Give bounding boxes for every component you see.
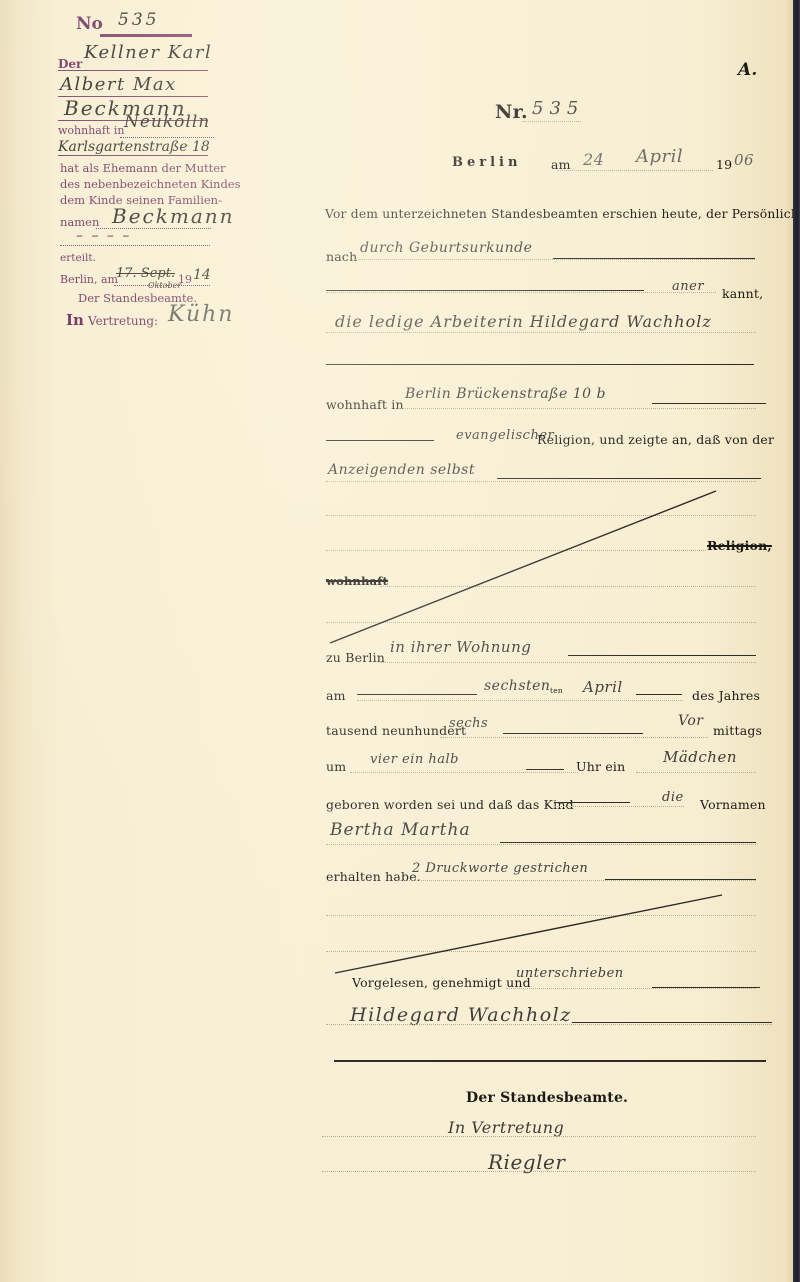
date-year-suffix: 06 <box>734 151 754 169</box>
form-line <box>326 292 716 293</box>
fill-line <box>636 694 682 695</box>
vornamen-label: Vornamen <box>700 797 766 812</box>
form-line <box>326 915 756 916</box>
margin-der-label: Der <box>58 57 82 71</box>
erhalten-label: erhalten habe. <box>326 869 421 884</box>
margin-name-line1: Kellner Karl <box>84 42 212 63</box>
margin-number-underline <box>100 34 192 37</box>
form-line <box>380 662 756 663</box>
margin-date-prefix: Berlin, am <box>60 273 118 286</box>
city-label: Berlin <box>452 155 521 170</box>
form-line <box>326 332 756 333</box>
informant-address: Berlin Brückenstraße 10 b <box>405 386 606 402</box>
margin-date-value: 17. Sept. <box>116 266 175 281</box>
cancel-stroke-1 <box>330 491 716 643</box>
uhr-ein-label: Uhr ein <box>576 759 625 774</box>
ten-label: ten <box>550 686 563 695</box>
fill-line <box>326 364 754 365</box>
form-line <box>355 259 755 260</box>
tausend-label: tausend neunhundert <box>326 723 466 738</box>
vor-hand: Vor <box>678 713 703 729</box>
wohnhaft-struck: wohnhaft <box>326 574 388 588</box>
form-letter: A. <box>738 60 758 80</box>
margin-line <box>58 155 208 156</box>
fill-line <box>326 440 434 441</box>
date-day: 24 <box>583 150 604 169</box>
margin-line <box>58 70 208 71</box>
form-line <box>326 515 756 516</box>
nr-underline <box>523 121 581 122</box>
margin-family-name: Beckmann <box>112 204 235 228</box>
form-line <box>326 951 756 952</box>
child-article-hand: die <box>662 790 684 805</box>
margin-erteilt-label: erteilt. <box>60 252 96 264</box>
margin-residence-street: Karlsgartenstraße 18 <box>58 139 210 155</box>
vorgelesen-label: Vorgelesen, genehmigt und <box>352 975 531 990</box>
intro-line: Vor dem unterzeichneten Standesbeamten e… <box>325 207 800 221</box>
am-label: am <box>326 688 346 703</box>
margin-year-value: 14 <box>193 267 211 283</box>
birth-month-hand: April <box>583 678 623 696</box>
child-names: Bertha Martha <box>330 820 471 840</box>
kannt-label: kannt, <box>722 286 763 301</box>
nr-value: 535 <box>532 98 584 119</box>
signed-hand: unterschrieben <box>516 966 624 981</box>
fill-line <box>526 769 564 770</box>
fill-line <box>497 478 761 479</box>
book-binding-edge <box>793 0 800 1282</box>
form-line <box>357 700 683 701</box>
identity-basis: durch Geburtsurkunde <box>360 240 532 256</box>
margin-wohnhaft-label: wohnhaft in <box>58 124 124 137</box>
margin-name-line2: Albert Max <box>60 74 177 95</box>
margin-line <box>60 245 210 246</box>
form-line <box>326 481 756 482</box>
religion-text: Religion, und zeigte an, daß von der <box>537 432 774 447</box>
margin-line <box>114 285 210 286</box>
fill-line <box>326 290 644 291</box>
form-line <box>398 408 756 409</box>
form-line <box>350 772 578 773</box>
closing-line <box>334 1060 766 1062</box>
zu-berlin-label: zu Berlin <box>326 650 385 665</box>
form-line <box>398 880 756 881</box>
form-line <box>380 586 756 587</box>
child-sex-hand: Mädchen <box>663 748 737 766</box>
fill-line <box>554 802 630 803</box>
official-title: Der Standesbeamte. <box>466 1090 628 1106</box>
des-jahres-label: des Jahres <box>692 688 760 703</box>
date-underline <box>558 170 713 171</box>
cancel-stroke-2 <box>335 895 722 973</box>
form-line <box>322 1136 756 1137</box>
fill-line <box>572 1022 772 1023</box>
date-year-prefix: 19 <box>716 157 732 172</box>
informant-signature: Hildegard Wachholz <box>350 1004 572 1026</box>
fill-line <box>357 694 477 695</box>
informant-name: die ledige Arbeiterin Hildegard Wachholz <box>335 312 712 331</box>
fill-line <box>568 655 756 656</box>
birth-time-hand: vier ein halb <box>370 752 459 767</box>
margin-deputy-signature: Kühn <box>168 302 234 327</box>
margin-deputy-label: Vertretung: <box>88 314 158 328</box>
form-line <box>506 988 756 989</box>
birth-day-hand: sechsten <box>484 678 550 694</box>
fill-line <box>605 879 756 880</box>
mittags-label: mittags <box>713 723 762 738</box>
margin-ditto-marks: – – – – <box>76 228 131 244</box>
nr-label: Nr. <box>495 101 528 123</box>
form-line <box>636 772 756 773</box>
geboren-text: geboren worden sei und daß das Kind <box>326 797 574 812</box>
form-line <box>554 806 684 807</box>
margin-text-line1: hat als Ehemann der Mutter <box>60 161 226 175</box>
margin-text-line2: des nebenbezeichneten Kindes <box>60 177 241 191</box>
fill-line <box>652 403 766 404</box>
um-label: um <box>326 759 346 774</box>
form-line <box>326 1024 772 1025</box>
aner-hand: aner <box>672 279 704 294</box>
form-line <box>322 1171 756 1172</box>
fill-line <box>553 258 755 259</box>
margin-deputy-initial: In <box>66 311 84 329</box>
form-line <box>440 737 708 738</box>
register-page: No 535 Der Kellner Karl Albert Max Beckm… <box>0 0 793 1282</box>
date-month: April <box>636 146 683 167</box>
correction-note: 2 Druckworte gestrichen <box>412 861 588 876</box>
form-line <box>326 550 706 551</box>
form-line <box>326 622 756 623</box>
margin-line <box>120 137 214 138</box>
fill-line <box>652 987 760 988</box>
nach-label: nach <box>326 249 357 264</box>
official-deputy-hand: In Vertretung <box>448 1118 564 1137</box>
margin-number-label: No <box>76 14 103 34</box>
religion-struck: Religion, <box>707 538 772 553</box>
birth-year-hand: sechs <box>449 716 488 731</box>
fill-line <box>503 733 643 734</box>
margin-residence-city: Neukölln <box>124 112 210 132</box>
fill-line <box>500 842 756 843</box>
wohnhaft-label: wohnhaft in <box>326 397 404 412</box>
margin-number-value: 535 <box>118 10 159 30</box>
form-line <box>326 844 756 845</box>
birth-place: in ihrer Wohnung <box>390 638 531 656</box>
informant-role: Anzeigenden selbst <box>328 462 475 478</box>
margin-namen-label: namen <box>60 215 99 229</box>
